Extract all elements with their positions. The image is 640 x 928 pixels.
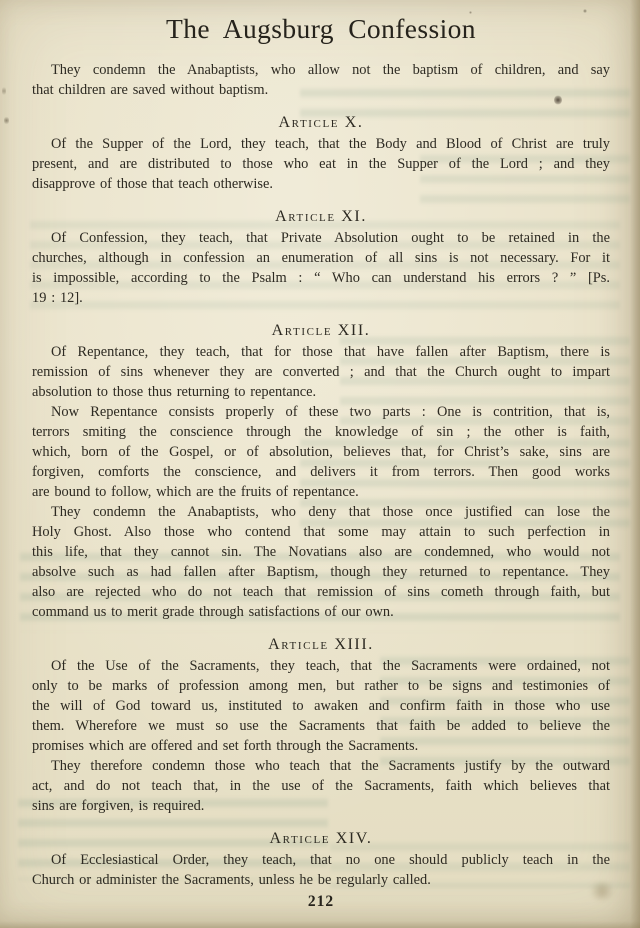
- text-line: promises which are offered and set forth…: [32, 736, 610, 756]
- paragraph: Now Repentance consists properly of thes…: [32, 402, 610, 502]
- text-line: remission of sins whenever they are conv…: [32, 362, 610, 382]
- text-line: absolution to those thus returning to re…: [32, 382, 610, 402]
- text-line: only to be marks of profession among men…: [32, 676, 610, 696]
- text-line: Of Repentance, they teach, that for thos…: [32, 342, 610, 362]
- text-line: this life, that they cannot sin. The Nov…: [32, 542, 610, 562]
- article-heading-xi: Article XI.: [32, 208, 610, 226]
- text-line: Of the Use of the Sacraments, they teach…: [32, 656, 610, 676]
- article-heading-x: Article X.: [32, 114, 610, 132]
- text-line: which, born of the Gospel, or of absolut…: [32, 442, 610, 462]
- paragraph: They condemn the Anabaptists, who deny t…: [32, 502, 610, 622]
- text-line: Of Ecclesiastical Order, they teach, tha…: [32, 850, 610, 870]
- text-line: command us to merit grade through satisf…: [32, 602, 610, 622]
- text-line: They condemn the Anabaptists, who deny t…: [32, 502, 610, 522]
- text-line: Of the Supper of the Lord, they teach, t…: [32, 134, 610, 154]
- article-heading-xiv: Article XIV.: [32, 830, 610, 848]
- page-number: 212: [32, 892, 610, 912]
- text-line: forgiven, comforts the conscience, and d…: [32, 462, 610, 482]
- text-line: absolve such as had fallen after Baptism…: [32, 562, 610, 582]
- paragraph: Of the Use of the Sacraments, they teach…: [32, 656, 610, 756]
- text-line: is impossible, according to the Psalm : …: [32, 268, 610, 288]
- article-heading-xiii: Article XIII.: [32, 636, 610, 654]
- text-line: disapprove of those that teach otherwise…: [32, 174, 610, 194]
- page-content: The Augsburg Confession They condemn the…: [0, 0, 640, 912]
- text-line: Now Repentance consists properly of thes…: [32, 402, 610, 422]
- text-line: They condemn the Anabaptists, who allow …: [32, 60, 610, 80]
- text-line: are bound to follow, which are the fruit…: [32, 482, 610, 502]
- book-page: The Augsburg Confession They condemn the…: [0, 0, 640, 928]
- text-line: that children are saved without baptism.: [32, 80, 610, 100]
- text-line: Of Confession, they teach, that Private …: [32, 228, 610, 248]
- text-line: Church or administer the Sacraments, unl…: [32, 870, 610, 890]
- paragraph: Of Ecclesiastical Order, they teach, tha…: [32, 850, 610, 890]
- paragraph: Of Repentance, they teach, that for thos…: [32, 342, 610, 402]
- page-edge-shadow: [0, 921, 640, 928]
- text-line: 19 : 12].: [32, 288, 610, 308]
- text-line: churches, although in confession an enum…: [32, 248, 610, 268]
- page-title: The Augsburg Confession: [32, 12, 610, 46]
- text-line: present, and are distributed to those wh…: [32, 154, 610, 174]
- text-line: sins are forgiven, is required.: [32, 796, 610, 816]
- text-line: them. Wherefore we must so use the Sacra…: [32, 716, 610, 736]
- paragraph: Of the Supper of the Lord, they teach, t…: [32, 134, 610, 194]
- text-line: the will of God toward us, instituted to…: [32, 696, 610, 716]
- article-heading-xii: Article XII.: [32, 322, 610, 340]
- paragraph: They therefore condemn those who teach t…: [32, 756, 610, 816]
- text-line: Holy Ghost. Also those who contend that …: [32, 522, 610, 542]
- paragraph: Of Confession, they teach, that Private …: [32, 228, 610, 308]
- paragraph: They condemn the Anabaptists, who allow …: [32, 60, 610, 100]
- text-line: act, and do not teach that, in the use o…: [32, 776, 610, 796]
- text-line: terrors smiting the conscience through t…: [32, 422, 610, 442]
- text-line: They therefore condemn those who teach t…: [32, 756, 610, 776]
- text-line: also are rejected who do not teach that …: [32, 582, 610, 602]
